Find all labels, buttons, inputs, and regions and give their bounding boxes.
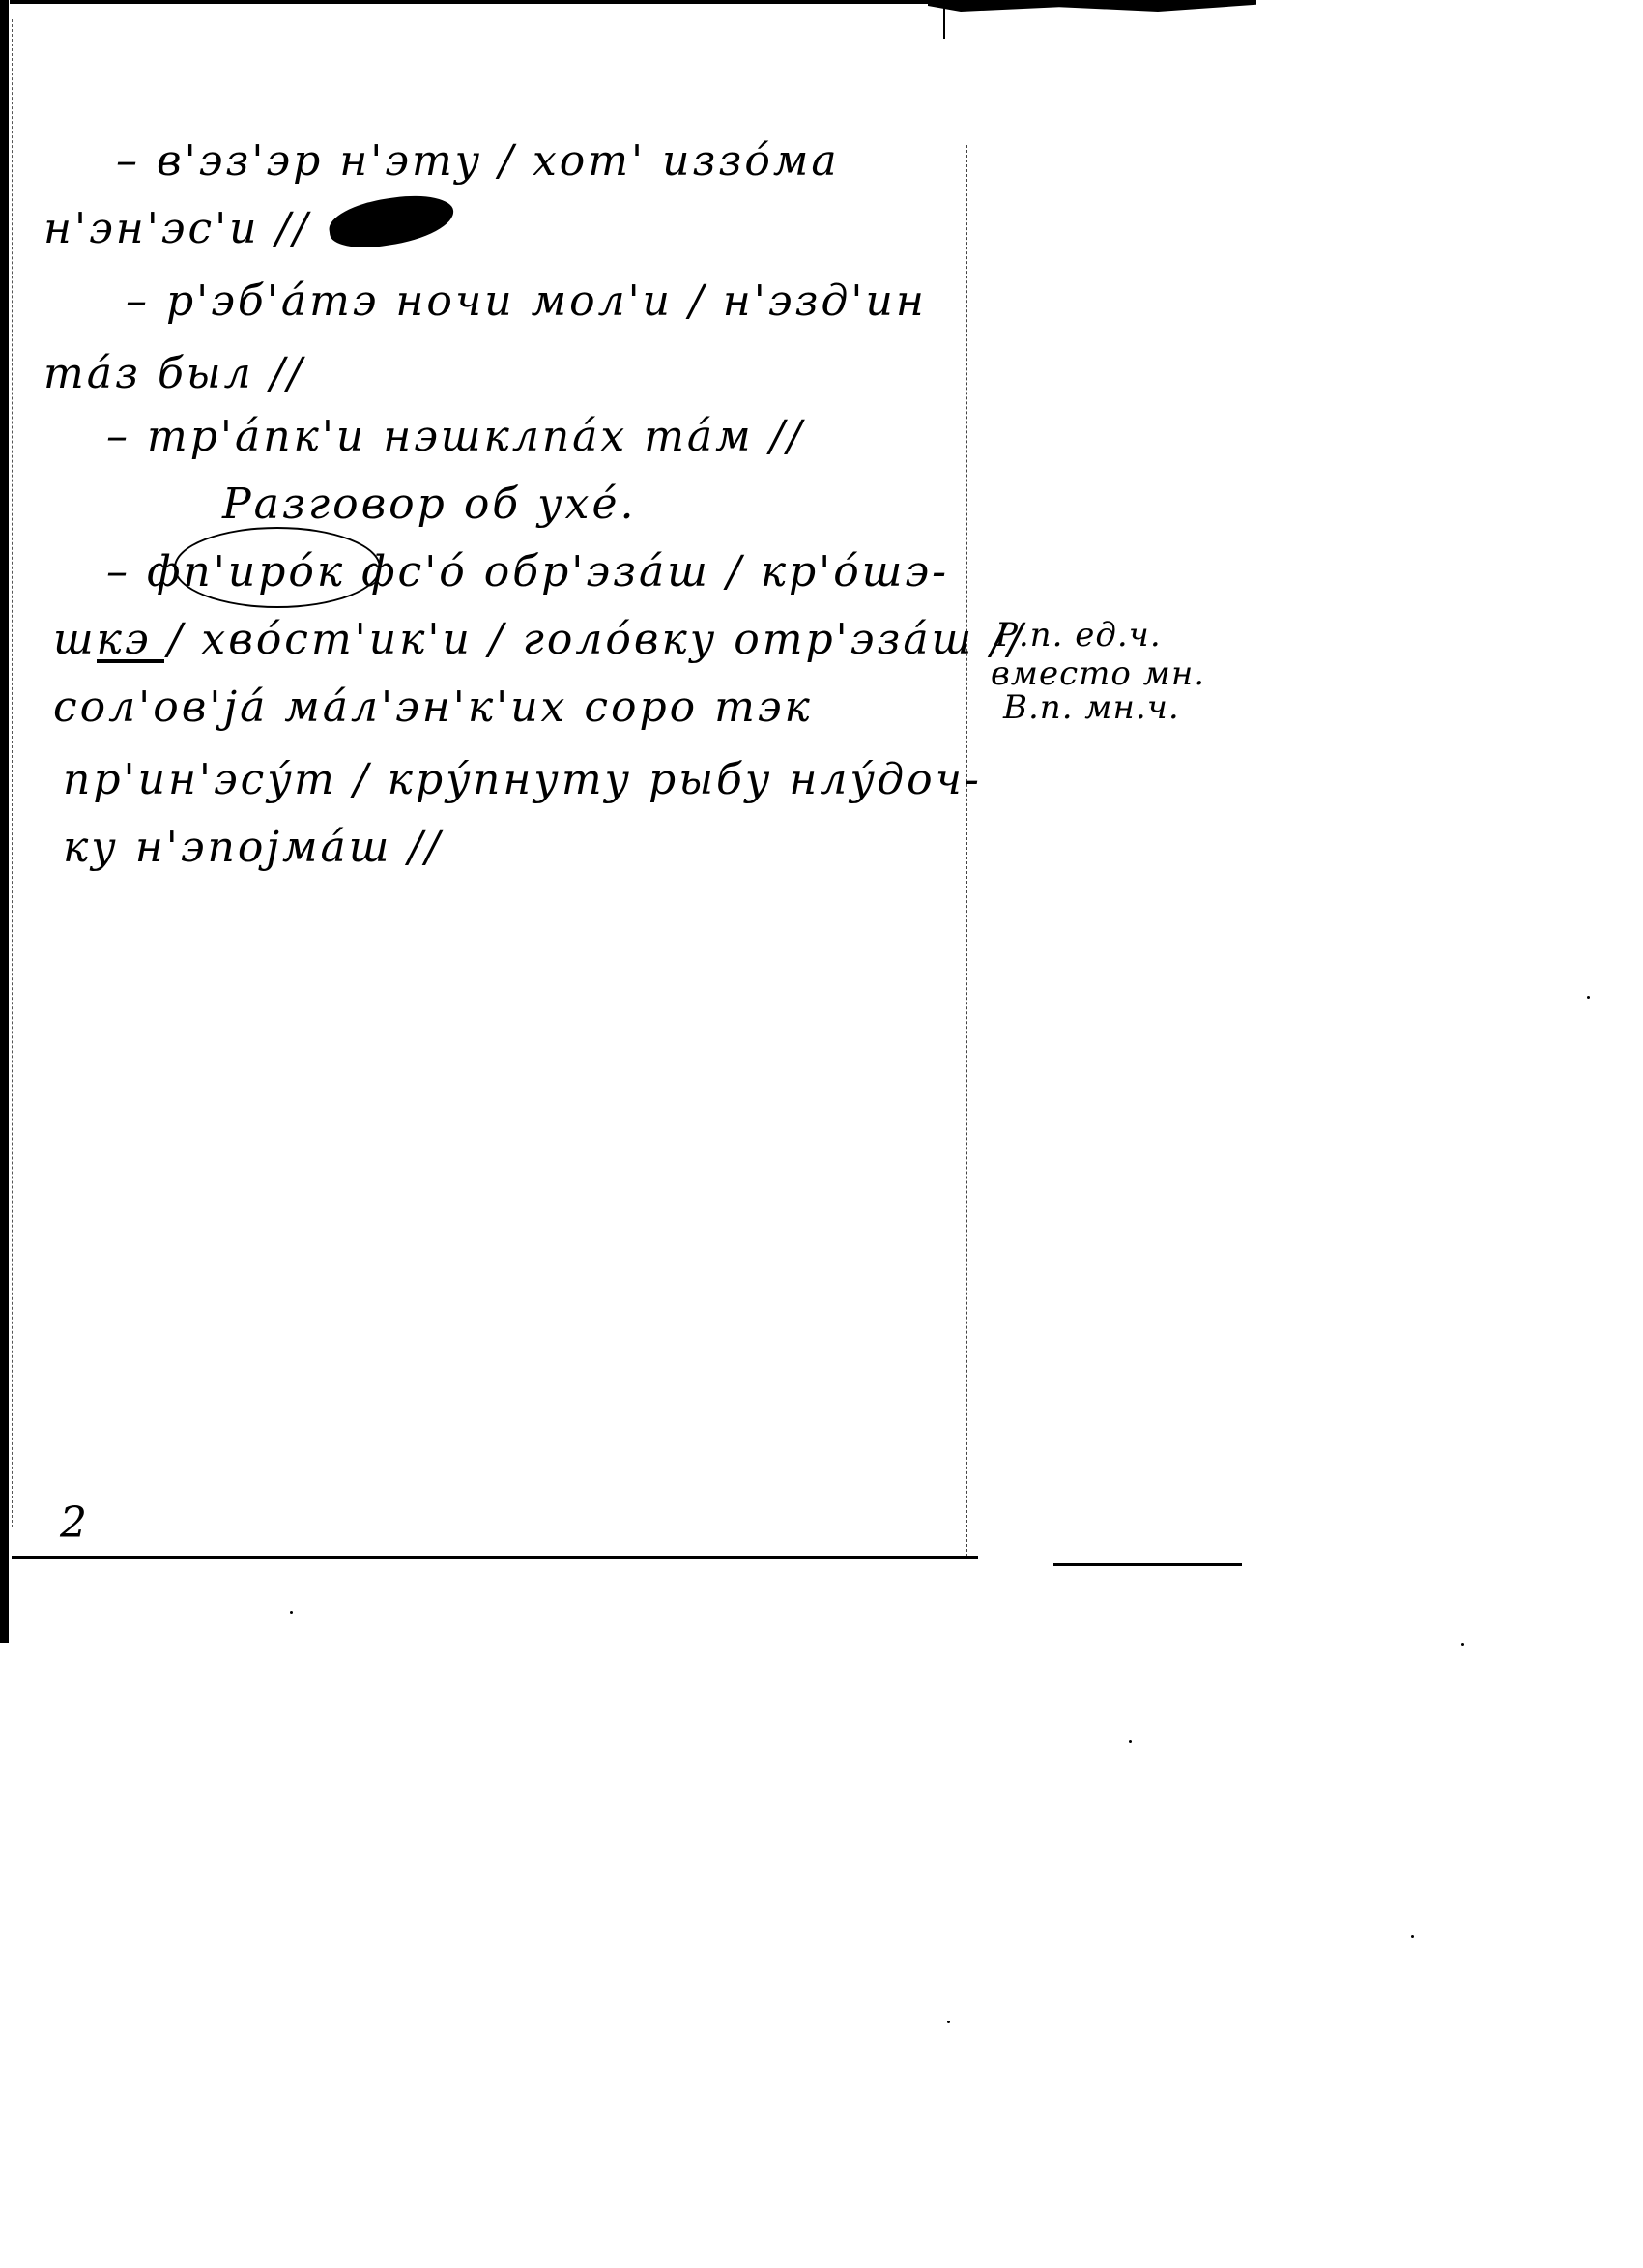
text-line-4: тáз был //: [43, 353, 304, 395]
scan-left-border: [12, 19, 14, 1527]
margin-note-line-2: вместо мн.: [991, 657, 1205, 690]
scan-top-shadow: [928, 0, 1256, 12]
margin-tick-top: [943, 0, 945, 39]
scan-speck: [947, 2021, 950, 2023]
scan-speck: [1411, 1935, 1414, 1938]
text-line-11: ку н'эпоjмáш //: [63, 827, 443, 869]
text-line-3: – р'эб'áтэ ночи мол'и / н'эзд'ин: [126, 280, 927, 323]
underline-mark: [97, 659, 164, 663]
scan-speck: [1587, 996, 1590, 999]
text-line-8: шкэ / хвóст'ик'и / голóвку отр'эзáш //: [53, 619, 1025, 661]
text-line-10: пр'ин'эсýт / крýпнуту рыбу нлýдоч-: [63, 759, 982, 801]
margin-note-line-3: В.п. мн.ч.: [1003, 691, 1180, 724]
text-line-9: сол'ов'já мáл'эн'к'их соро тэк: [53, 686, 813, 729]
scan-speck: [290, 1611, 293, 1614]
text-line-6-heading: Разговор об ухé.: [222, 483, 637, 526]
scan-speck: [1129, 1740, 1132, 1743]
page-bottom-edge: [12, 1556, 978, 1559]
margin-note-line-1: Р.п. ед.ч.: [995, 619, 1162, 652]
page-number: 2: [60, 1498, 87, 1548]
margin-line: [966, 145, 967, 1556]
text-line-1: – в'эз'эр н'эту / хот' иззóма: [116, 140, 840, 183]
text-line-7: – фп'ирóк фс'ó обр'эзáш / кр'óшэ-: [106, 551, 949, 594]
text-line-5: – тр'áпк'и нэшклпáх тáм //: [106, 416, 804, 458]
scan-speck: [1461, 1643, 1464, 1646]
ink-blot: [326, 189, 456, 253]
page-bottom-edge-right: [1053, 1563, 1242, 1566]
text-line-2: н'эн'эс'и //: [43, 208, 310, 250]
scanned-page: – в'эз'эр н'эту / хот' иззóма н'эн'эс'и …: [0, 0, 1643, 2268]
scan-left-edge: [0, 0, 9, 1643]
